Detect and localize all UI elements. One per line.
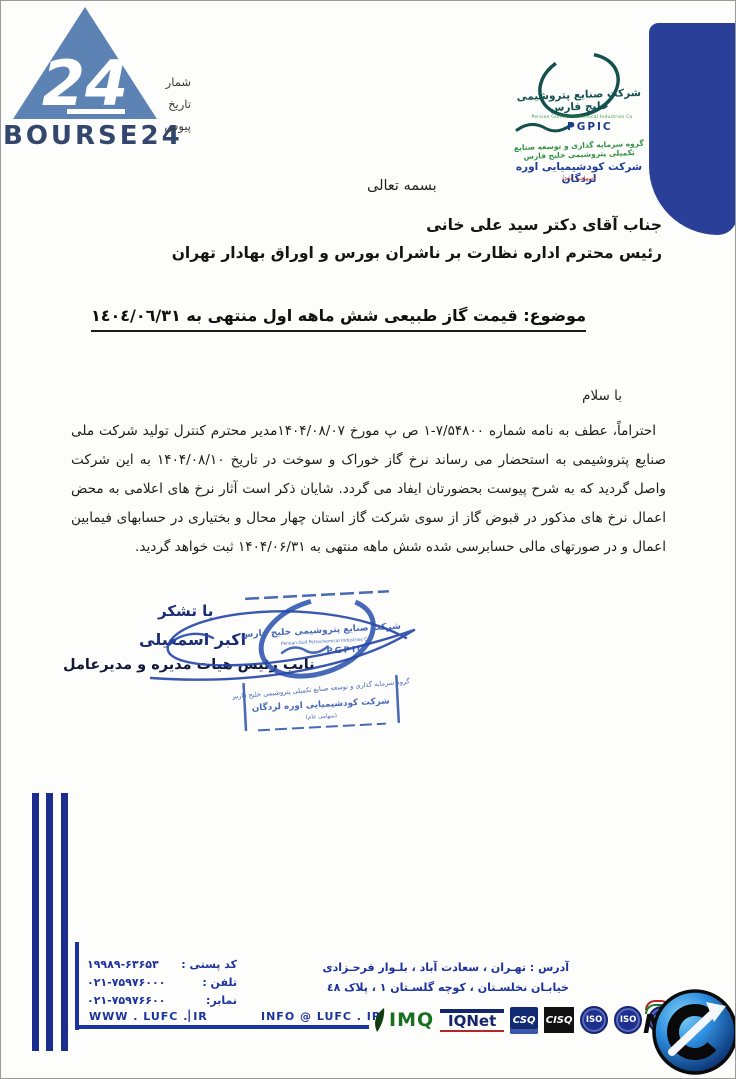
phone-value: ۰۲۱-۷۵۹۷۶۰۰۰ [87,976,165,994]
pgpic-abbr: PGPIC [567,121,613,133]
iso-badge: ISO [614,1006,642,1034]
letter-margin-labels: شمار تاریخ پیوس [151,71,191,137]
footer-border-vertical [75,942,79,1030]
footer-contacts: کد پستی : ۱۹۹۸۹-۶۳۶۵۳ تلفن : ۰۲۱-۷۵۹۷۶۰۰… [87,958,237,1012]
imq-logo: IMQ [373,1007,434,1033]
pgpic-company-type: (سهامی عام) [511,175,647,182]
left-stripe [32,793,39,1051]
bourse24-triangle-logo: 24 [7,5,163,123]
footer-divider: | [187,1008,191,1022]
scanned-letter-page: 24 BOURSE24 شمار تاریخ پیوس شرکت صنایع پ… [0,0,736,1079]
pgpic-calligraphy: شرکت صنایع پتروشیمی خلیج فارس [511,87,648,116]
navy-side-bar [649,23,736,235]
bourse24-wordmark: BOURSE24 [3,121,171,151]
footer-border-horizontal [75,1025,369,1029]
bourse24-sphere-logo [650,986,736,1078]
postal-code-label: کد پستی : [181,958,237,976]
iqnet-logo: IQNet [440,1009,504,1032]
pgpic-letterhead: شرکت صنایع پتروشیمی خلیج فارس Persian Gu… [511,49,647,129]
label-date: تاریخ [151,93,191,115]
iso-badge: ISO [580,1006,608,1034]
triangle-notch [67,109,125,114]
address-line-2: خیابـان نخلسـتان ، کوچه گلسـتان ۱ ، پلاک… [323,978,569,998]
pgpic-wave-icon [515,119,575,135]
address-line-1: آدرس : تهـران ، سعادت آباد ، بلـوار فرحـ… [323,958,569,978]
addressee-title: رئیس محترم اداره نظارت بر ناشران بورس و … [172,244,662,262]
label-attachment: پیوس [151,115,191,137]
iqnet-red-line [440,1030,504,1032]
salutation: با سلام [582,388,622,404]
footer-address: آدرس : تهـران ، سعادت آباد ، بلـوار فرحـ… [323,958,569,998]
fax-label: نمابر: [206,994,237,1012]
pgpic-group-line: گروه سرمایه گذاری و توسعه صنایع تکمیلی پ… [511,139,648,162]
addressee-name: جناب آقای دکتر سید علی خانی [426,216,662,234]
left-stripe [46,793,53,1051]
imq-leaf-icon [373,1007,387,1033]
cisq-logo: CISQ [544,1007,574,1033]
certification-logos: IMQ IQNet CSQ CISQ ISO ISO ISO [373,999,676,1041]
letter-body: احتراماً، عطف به نامه شماره ۷/۵۴۸۰۰-۱ ص … [71,417,666,562]
imq-label: IMQ [389,1009,434,1031]
subject-line: موضوع: قیمت گاز طبیعی شش ماهه اول منتهی … [91,306,586,332]
csq-logo: CSQ [510,1007,538,1034]
stamp-company-type: (سهامی عام) [306,713,338,721]
phone-row: تلفن : ۰۲۱-۷۵۹۷۶۰۰۰ [87,976,237,994]
label-number: شمار [151,71,191,93]
iqnet-label: IQNet [440,1014,504,1029]
left-stripe [61,793,68,1051]
handwritten-signature [116,590,421,705]
postal-code-value: ۱۹۹۸۹-۶۳۶۵۳ [87,958,159,976]
email-address: INFO @ LUFC . IR [261,1010,381,1023]
bismillah: بسمه تعالی [367,178,437,194]
phone-label: تلفن : [202,976,237,994]
postal-code-row: کد پستی : ۱۹۹۸۹-۶۳۶۵۳ [87,958,237,976]
